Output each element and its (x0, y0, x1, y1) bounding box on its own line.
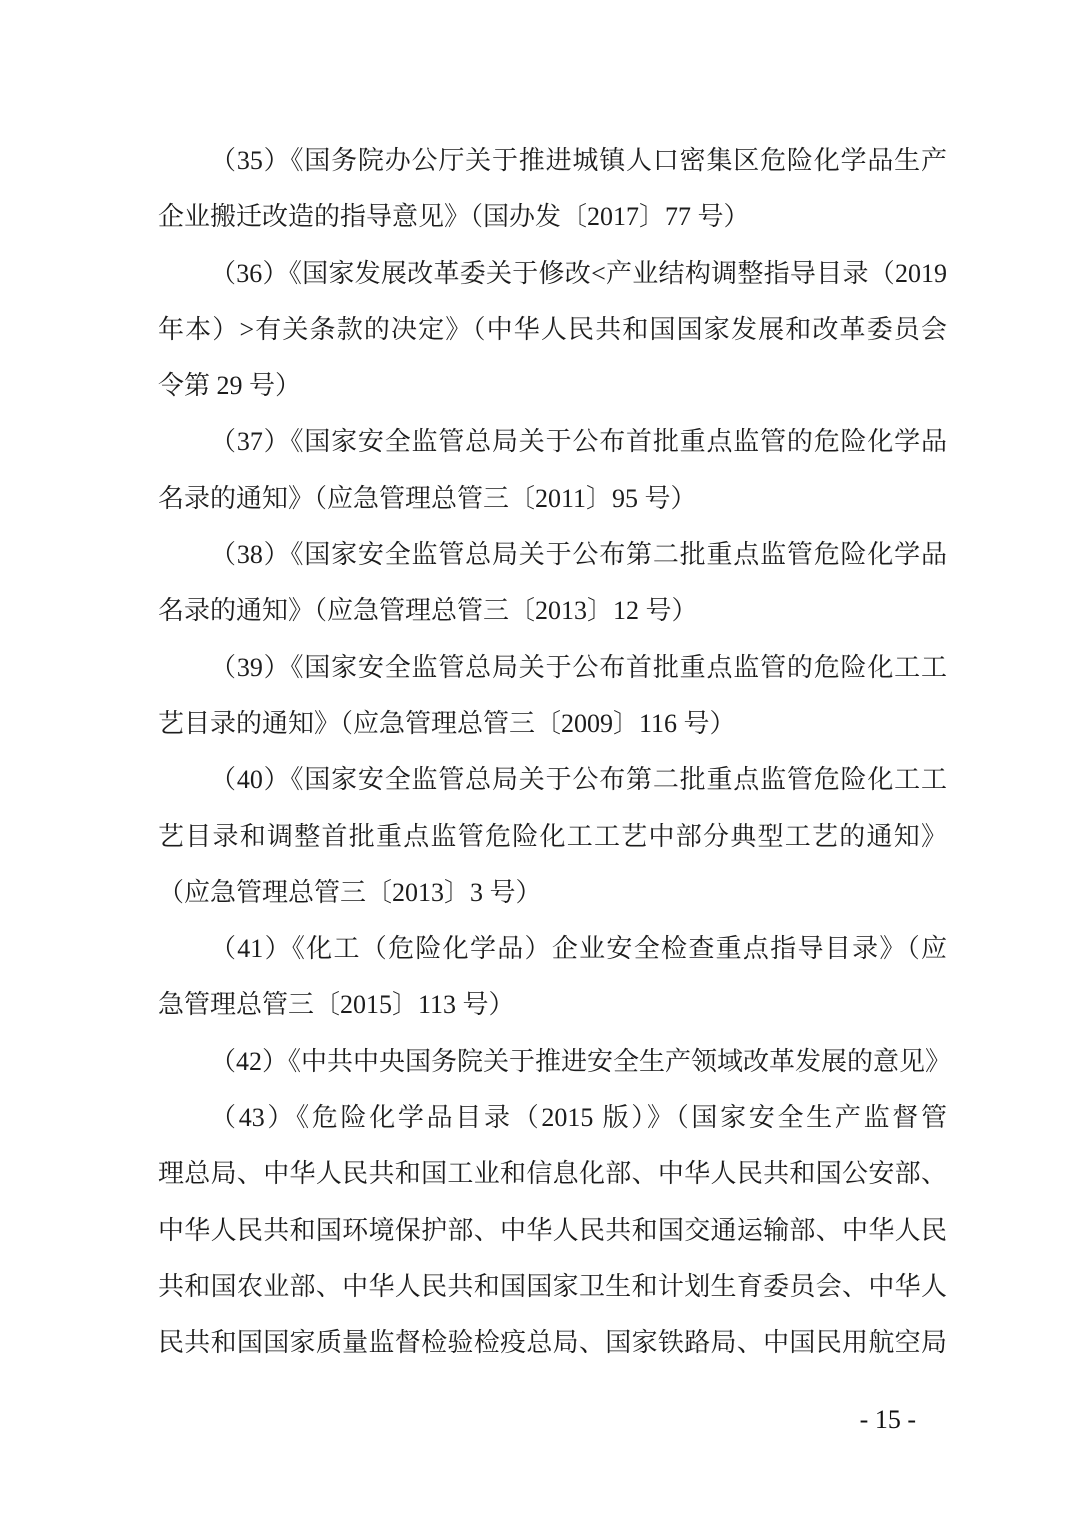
text-line: 理总局、中华人民共和国工业和信息化部、中华人民共和国公安部、 (158, 1146, 947, 1202)
text-line: 名录的通知》（应急管理总管三〔2013〕12 号） (158, 583, 947, 639)
paragraph-40: （40）《国家安全监管总局关于公布第二批重点监管危险化工工艺目录和调整首批重点监… (158, 752, 947, 921)
text-line: 企业搬迁改造的指导意见》（国办发〔2017〕77 号） (158, 189, 947, 245)
text-line: 艺目录的通知》（应急管理总管三〔2009〕116 号） (158, 696, 947, 752)
text-line: （40）《国家安全监管总局关于公布第二批重点监管危险化工工 (158, 752, 947, 808)
text-line: （36）《国家发展改革委关于修改<产业结构调整指导目录（2019 (158, 246, 947, 302)
text-line: 急管理总管三〔2015〕113 号） (158, 977, 947, 1033)
text-line: 共和国农业部、中华人民共和国国家卫生和计划生育委员会、中华人 (158, 1259, 947, 1315)
paragraph-35: （35）《国务院办公厅关于推进城镇人口密集区危险化学品生产企业搬迁改造的指导意见… (158, 133, 947, 246)
text-line: 艺目录和调整首批重点监管危险化工工艺中部分典型工艺的通知》 (158, 809, 947, 865)
text-line: 中华人民共和国环境保护部、中华人民共和国交通运输部、中华人民 (158, 1203, 947, 1259)
text-line: （41）《化工（危险化学品）企业安全检查重点指导目录》（应 (158, 921, 947, 977)
text-line: 名录的通知》（应急管理总管三〔2011〕95 号） (158, 471, 947, 527)
text-line: （应急管理总管三〔2013〕3 号） (158, 865, 947, 921)
paragraph-38: （38）《国家安全监管总局关于公布第二批重点监管危险化学品名录的通知》（应急管理… (158, 527, 947, 640)
text-line: （43）《危险化学品目录（2015 版）》（国家安全生产监督管 (158, 1090, 947, 1146)
text-line: （35）《国务院办公厅关于推进城镇人口密集区危险化学品生产 (158, 133, 947, 189)
text-line: （42）《中共中央国务院关于推进安全生产领域改革发展的意见》 (158, 1034, 947, 1090)
document-page: （35）《国务院办公厅关于推进城镇人口密集区危险化学品生产企业搬迁改造的指导意见… (0, 0, 1074, 1520)
paragraph-36: （36）《国家发展改革委关于修改<产业结构调整指导目录（2019年本）>有关条款… (158, 246, 947, 415)
text-line: （38）《国家安全监管总局关于公布第二批重点监管危险化学品 (158, 527, 947, 583)
paragraph-43: （43）《危险化学品目录（2015 版）》（国家安全生产监督管理总局、中华人民共… (158, 1090, 947, 1371)
text-line: 令第 29 号） (158, 358, 947, 414)
text-line: 民共和国国家质量监督检验检疫总局、国家铁路局、中国民用航空局 (158, 1315, 947, 1371)
paragraph-42: （42）《中共中央国务院关于推进安全生产领域改革发展的意见》 (158, 1034, 947, 1090)
text-line: 年本）>有关条款的决定》（中华人民共和国国家发展和改革委员会 (158, 302, 947, 358)
text-line: （37）《国家安全监管总局关于公布首批重点监管的危险化学品 (158, 414, 947, 470)
paragraph-39: （39）《国家安全监管总局关于公布首批重点监管的危险化工工艺目录的通知》（应急管… (158, 640, 947, 753)
paragraph-37: （37）《国家安全监管总局关于公布首批重点监管的危险化学品名录的通知》（应急管理… (158, 414, 947, 527)
page-number: - 15 - (860, 1405, 916, 1435)
document-body: （35）《国务院办公厅关于推进城镇人口密集区危险化学品生产企业搬迁改造的指导意见… (158, 133, 947, 1372)
paragraph-41: （41）《化工（危险化学品）企业安全检查重点指导目录》（应急管理总管三〔2015… (158, 921, 947, 1034)
text-line: （39）《国家安全监管总局关于公布首批重点监管的危险化工工 (158, 640, 947, 696)
